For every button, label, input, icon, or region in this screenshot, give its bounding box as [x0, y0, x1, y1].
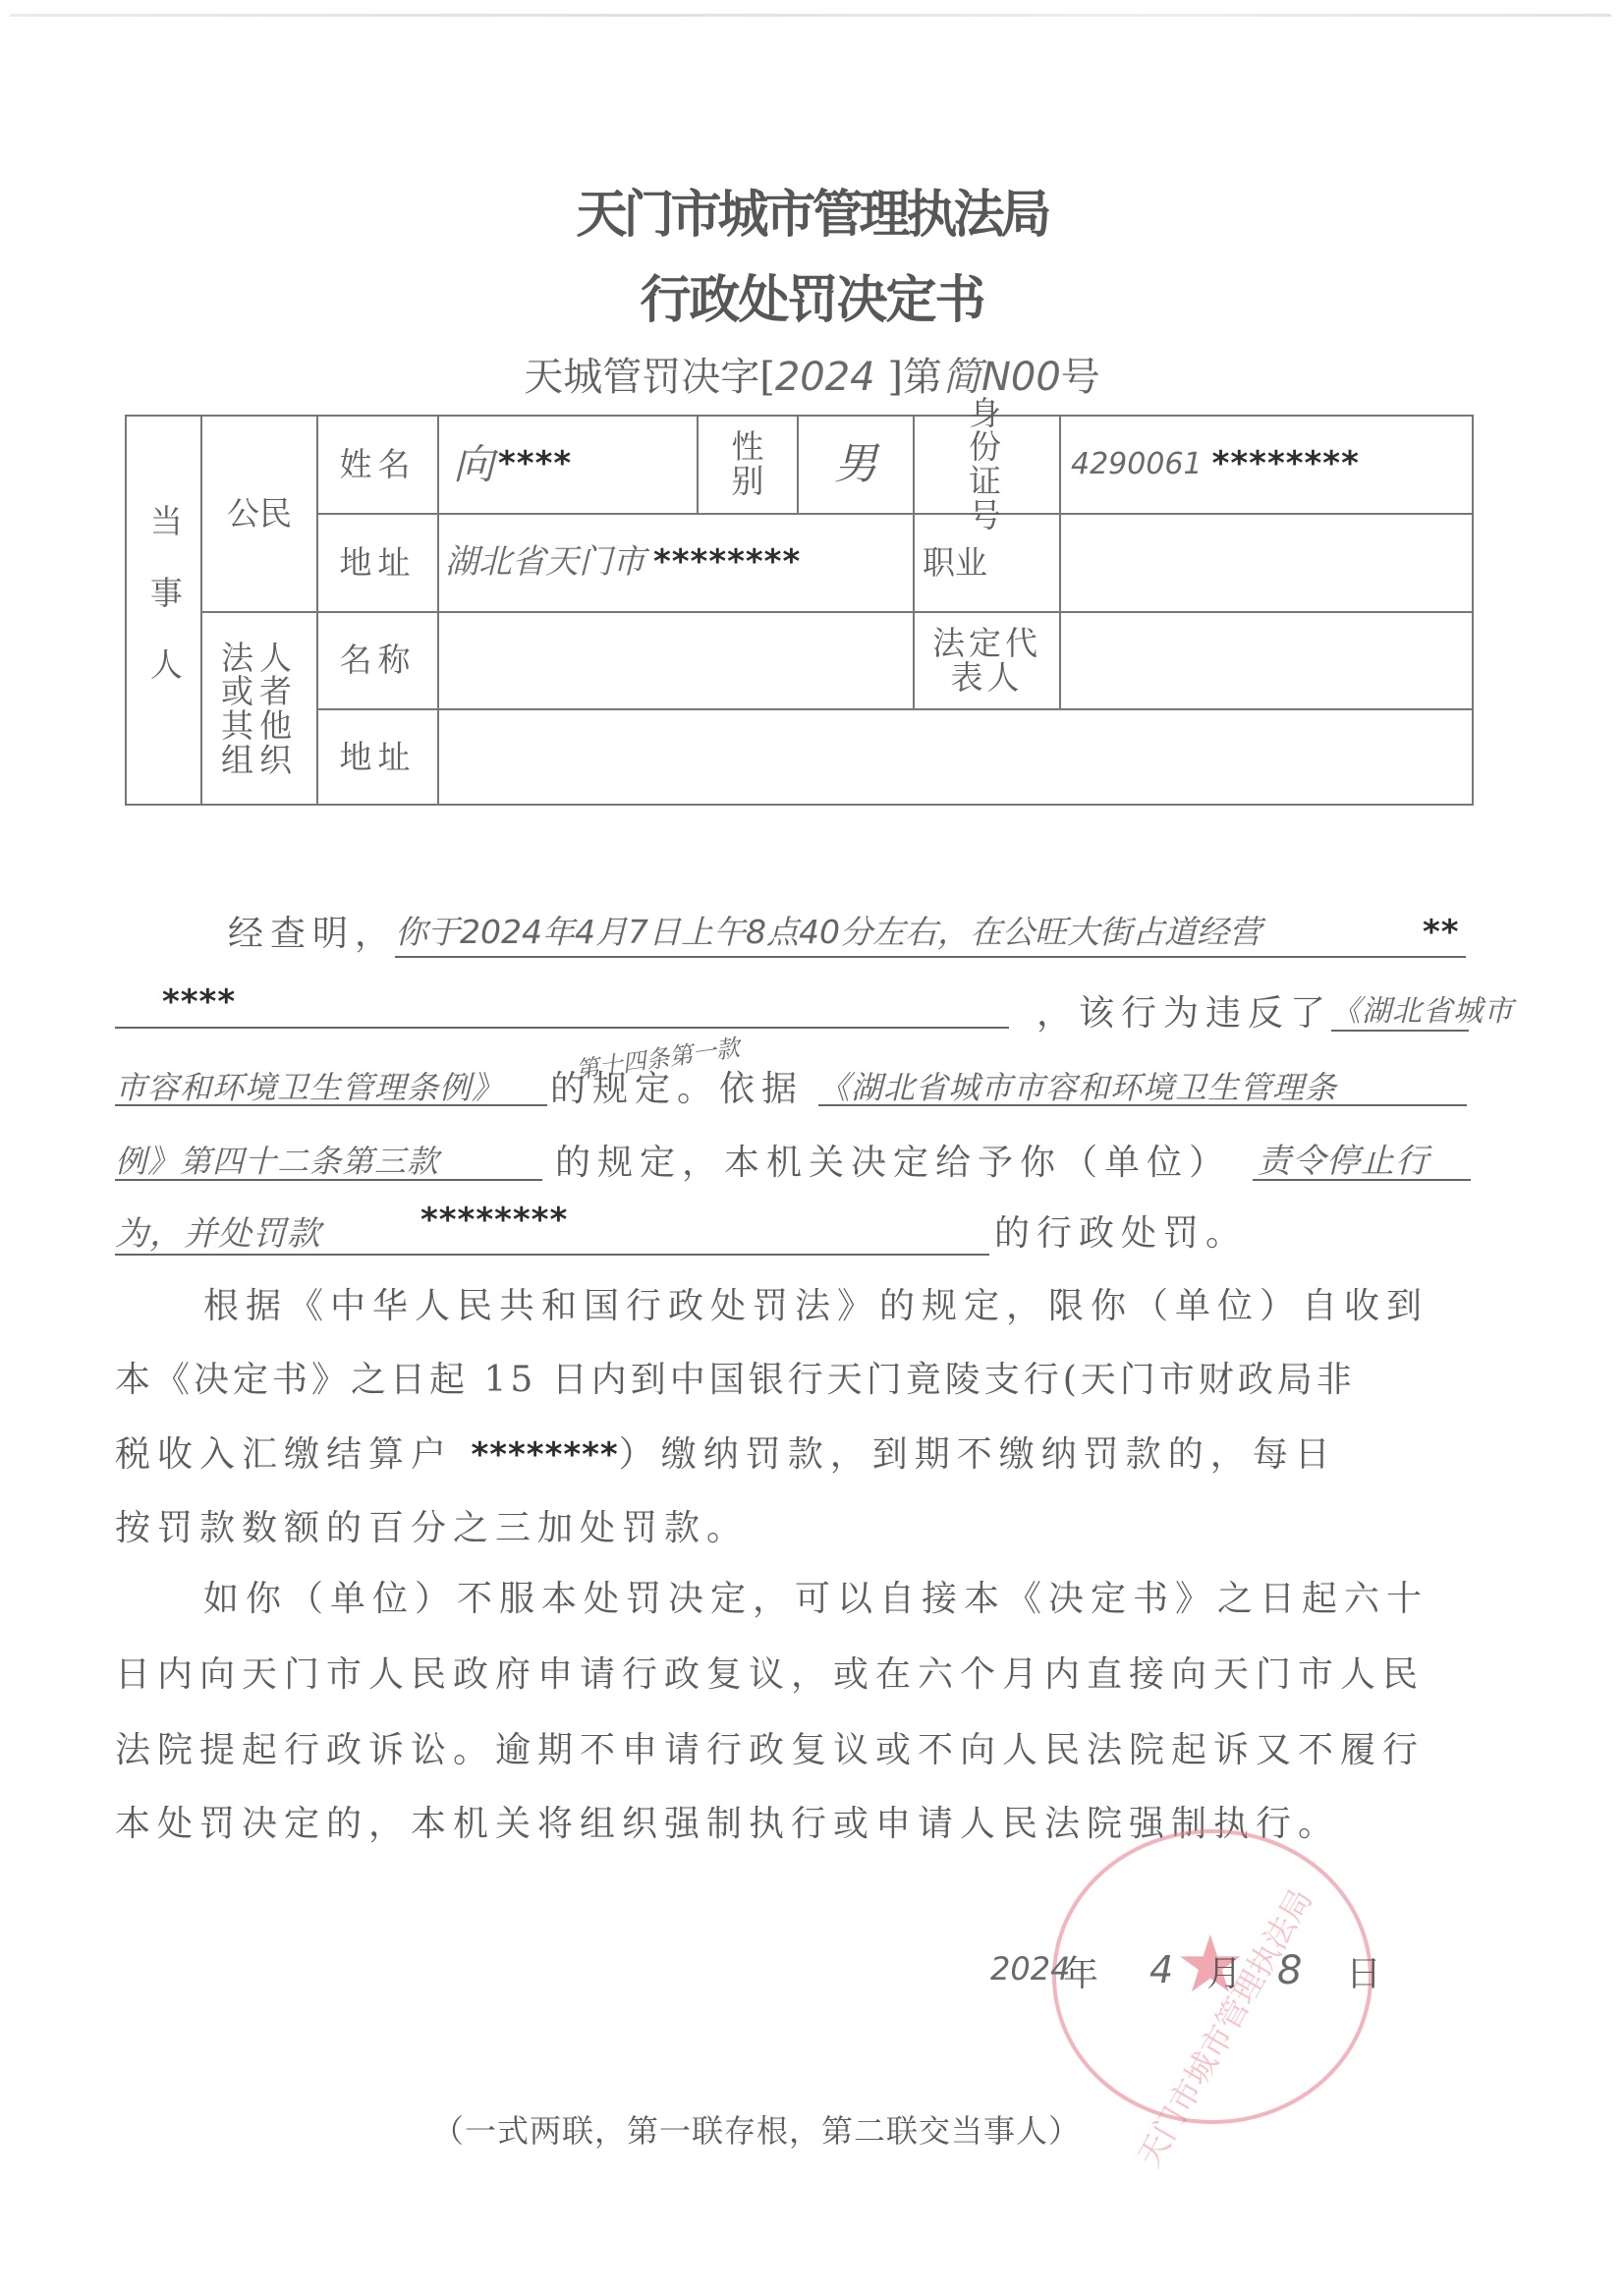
findings-masked-1: **	[1423, 913, 1460, 952]
gender-label: 性别	[699, 417, 797, 513]
doc-number-prefix: 天城管罚决字[	[524, 355, 775, 400]
id-number-label: 身份证号	[915, 417, 1059, 513]
party-label: 当事人	[127, 417, 200, 806]
date-year-label: 年	[1063, 1946, 1098, 1996]
organization-group-label: 法人或者其他组织	[202, 613, 316, 806]
citizen-address-label: 地址	[318, 515, 437, 611]
findings-line-4-printed: 的规定，本机关决定给予你（单位）	[555, 1142, 1231, 1185]
address-masked: ********	[653, 545, 801, 581]
appeal-line-1: 如你（单位）不服本处罚决定，可以自接本《决定书》之日起六十	[203, 1578, 1473, 1621]
findings-line-3-printed: 的规定。依据	[550, 1068, 804, 1111]
findings-handwritten-3: 市容和环境卫生管理条例》	[115, 1066, 504, 1109]
findings-handwritten-3b: 《湖北省城市市容和环境卫生管理条	[818, 1066, 1337, 1109]
payment-line-3: 税收入汇缴结算户 ********）缴纳罚款，到期不缴纳罚款的，每日	[115, 1433, 1473, 1477]
payment-line-2: 本《决定书》之日起 15 日内到中国银行天门竟陵支行(天门市财政局非	[115, 1359, 1473, 1402]
org-name-value	[439, 613, 913, 708]
appeal-line-2: 日内向天门市人民政府申请行政复议，或在六个月内直接向天门市人民	[115, 1653, 1473, 1697]
date-day: 8	[1277, 1948, 1302, 1993]
findings-handwritten-1: 你于2024年4月7日上午8点40分左右，在公旺大街占道经营	[395, 911, 1261, 954]
findings-annotation-article: 第十四条第一款	[573, 1028, 741, 1085]
doc-number-year: 2024	[775, 355, 875, 400]
findings-intro: 经查明，	[228, 914, 397, 954]
findings-line-1: 经查明，	[228, 913, 1586, 956]
findings-handwritten-2: 《湖北省城市	[1331, 990, 1514, 1034]
legal-representative-label: 法定代表人	[915, 613, 1059, 708]
findings-line-2-printed: ，该行为违反了	[1036, 992, 1332, 1036]
appeal-line-3: 法院提起行政诉讼。逾期不申请行政复议或不向人民法院起诉又不履行	[115, 1729, 1473, 1772]
doc-number-middle: ]第	[875, 355, 942, 400]
date-year: 2024	[990, 1950, 1070, 1987]
gender-value: 男	[799, 417, 913, 513]
org-name-label: 名称	[318, 613, 437, 708]
occupation-value	[1061, 515, 1474, 611]
org-address-label: 地址	[318, 710, 437, 806]
date-day-label: 日	[1346, 1946, 1381, 1996]
org-address-value	[439, 710, 1474, 806]
agency-title: 天门市城市管理执法局	[0, 173, 1624, 247]
findings-masked-2: ****	[162, 982, 236, 1022]
name-masked: ****	[498, 447, 572, 482]
decision-date: 2024 年 4 月 8 日	[982, 1946, 1395, 1991]
account-masked: ********	[471, 1435, 618, 1475]
payment-line-3-head: 税收入汇缴结算户	[115, 1434, 453, 1475]
party-info-table: 当事人 公民 法人或者其他组织 姓名 向**** 性别 男 身份证号 42900…	[125, 415, 1474, 806]
document-number: 天城管罚决字[2024 ]第简N00号	[0, 346, 1624, 402]
findings-handwritten-5: 为，并处罚款	[115, 1212, 321, 1256]
id-number-masked: ********	[1212, 447, 1360, 482]
copy-note-footer: （一式两联，第一联存根，第二联交当事人）	[432, 2106, 1169, 2152]
date-month-label: 月	[1206, 1946, 1242, 1996]
findings-handwritten-4: 例》第四十二条第三款	[115, 1140, 439, 1183]
name-handwritten: 向	[453, 443, 494, 486]
citizen-address-value: 湖北省天门市********	[439, 515, 913, 611]
date-month: 4	[1149, 1948, 1173, 1991]
id-number-handwritten: 4290061	[1071, 449, 1203, 480]
findings-handwritten-4b: 责令停止行	[1258, 1140, 1429, 1183]
document-title: 行政处罚决定书	[0, 258, 1624, 332]
legal-representative-value	[1061, 613, 1474, 708]
findings-masked-5: ********	[420, 1201, 568, 1240]
findings-line-5-printed: 的行政处罚。	[994, 1212, 1248, 1256]
id-number-value: 4290061********	[1061, 417, 1474, 513]
scan-artifact-line	[10, 14, 1611, 17]
payment-line-4: 按罚款数额的百分之三加处罚款。	[115, 1507, 1473, 1550]
name-label: 姓名	[318, 417, 437, 513]
doc-number-suffix: 号	[1061, 355, 1100, 400]
payment-line-1: 根据《中华人民共和国行政处罚法》的规定，限你（单位）自收到	[203, 1285, 1473, 1328]
payment-line-3-tail: ）缴纳罚款，到期不缴纳罚款的，每日	[619, 1434, 1337, 1475]
name-value: 向****	[439, 417, 697, 513]
citizen-group-label: 公民	[202, 417, 316, 611]
occupation-label: 职业	[915, 515, 1059, 611]
address-handwritten: 湖北省天门市	[445, 545, 645, 581]
